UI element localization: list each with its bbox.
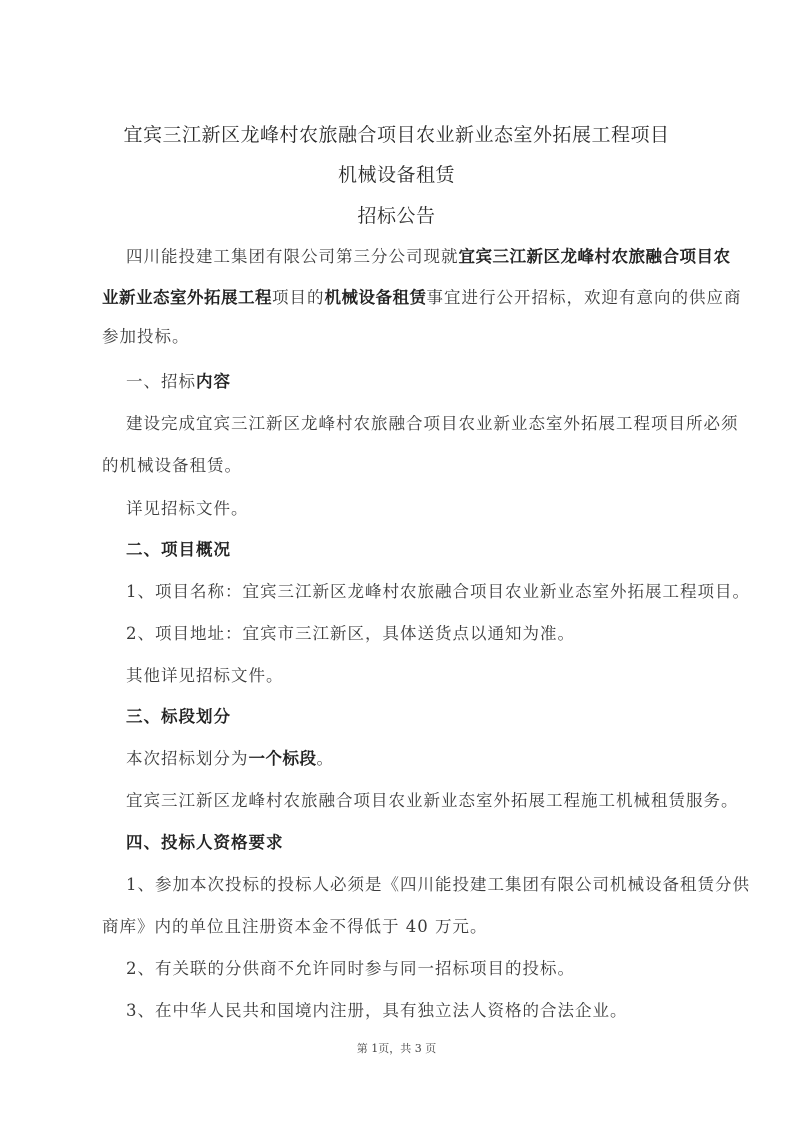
document-page: 宜宾三江新区龙峰村农旅融合项目农业新业态室外拓展工程项目 机械设备租赁 招标公告… xyxy=(0,0,793,1123)
doc-title-line1: 宜宾三江新区龙峰村农旅融合项目农业新业态室外拓展工程项目 xyxy=(0,120,793,147)
subject-bold: 机械设备租赁 xyxy=(325,288,427,307)
section1-heading-text: 一、招标 xyxy=(126,372,196,391)
section4-heading: 四、投标人资格要求 xyxy=(126,829,284,853)
section4-item1-line2: 商库》内的单位且注册资本金不得低于 40 万元。 xyxy=(102,913,488,937)
section3-line2: 宜宾三江新区龙峰村农旅融合项目农业新业态室外拓展工程施工机械租赁服务。 xyxy=(126,787,739,811)
intro-paragraph-line1: 四川能投建工集团有限公司第三分公司现就宜宾三江新区龙峰村农旅融合项目农 xyxy=(126,243,731,267)
intro-text: 事宜进行公开招标，欢迎有意向的供应商 xyxy=(427,288,742,307)
section3-text: 。 xyxy=(317,749,335,768)
section4-item3: 3、在中华人民共和国境内注册，具有独立法人资格的合法企业。 xyxy=(126,997,628,1021)
section2-item2: 2、项目地址：宜宾市三江新区，具体送货点以通知为准。 xyxy=(126,620,575,644)
page-footer: 第 1页，共 3 页 xyxy=(0,1040,793,1056)
intro-text: 项目的 xyxy=(272,288,325,307)
intro-text: 四川能投建工集团有限公司第三分公司现就 xyxy=(126,247,459,266)
section3-heading: 三、标段划分 xyxy=(126,703,231,727)
section1-heading: 一、招标内容 xyxy=(126,368,231,392)
section3-line1: 本次招标划分为一个标段。 xyxy=(126,745,334,769)
section3-text: 本次招标划分为 xyxy=(126,749,249,768)
section1-line2: 的机械设备租赁。 xyxy=(102,452,242,476)
project-name-bold: 宜宾三江新区龙峰村农旅融合项目农 xyxy=(459,247,731,266)
section1-line1: 建设完成宜宾三江新区龙峰村农旅融合项目农业新业态室外拓展工程项目所必须 xyxy=(126,410,739,434)
section2-item1: 1、项目名称：宜宾三江新区龙峰村农旅融合项目农业新业态室外拓展工程项目。 xyxy=(126,578,750,602)
section2-heading: 二、项目概况 xyxy=(126,536,231,560)
section4-item2: 2、有关联的分供商不允许同时参与同一招标项目的投标。 xyxy=(126,955,575,979)
doc-title-line3: 招标公告 xyxy=(0,201,793,228)
section1-heading-bold: 内容 xyxy=(196,372,231,391)
intro-paragraph-line2: 业新业态室外拓展工程项目的机械设备租赁事宜进行公开招标，欢迎有意向的供应商 xyxy=(102,284,742,308)
section3-bold: 一个标段 xyxy=(249,749,317,768)
section4-item1-line1: 1、参加本次投标的投标人必须是《四川能投建工集团有限公司机械设备租赁分供 xyxy=(126,871,750,895)
section1-line3: 详见招标文件。 xyxy=(126,495,249,519)
project-name-bold-cont: 业新业态室外拓展工程 xyxy=(102,288,272,307)
section2-other: 其他详见招标文件。 xyxy=(126,662,284,686)
intro-paragraph-line3: 参加投标。 xyxy=(102,323,190,347)
doc-title-line2: 机械设备租赁 xyxy=(0,160,793,187)
